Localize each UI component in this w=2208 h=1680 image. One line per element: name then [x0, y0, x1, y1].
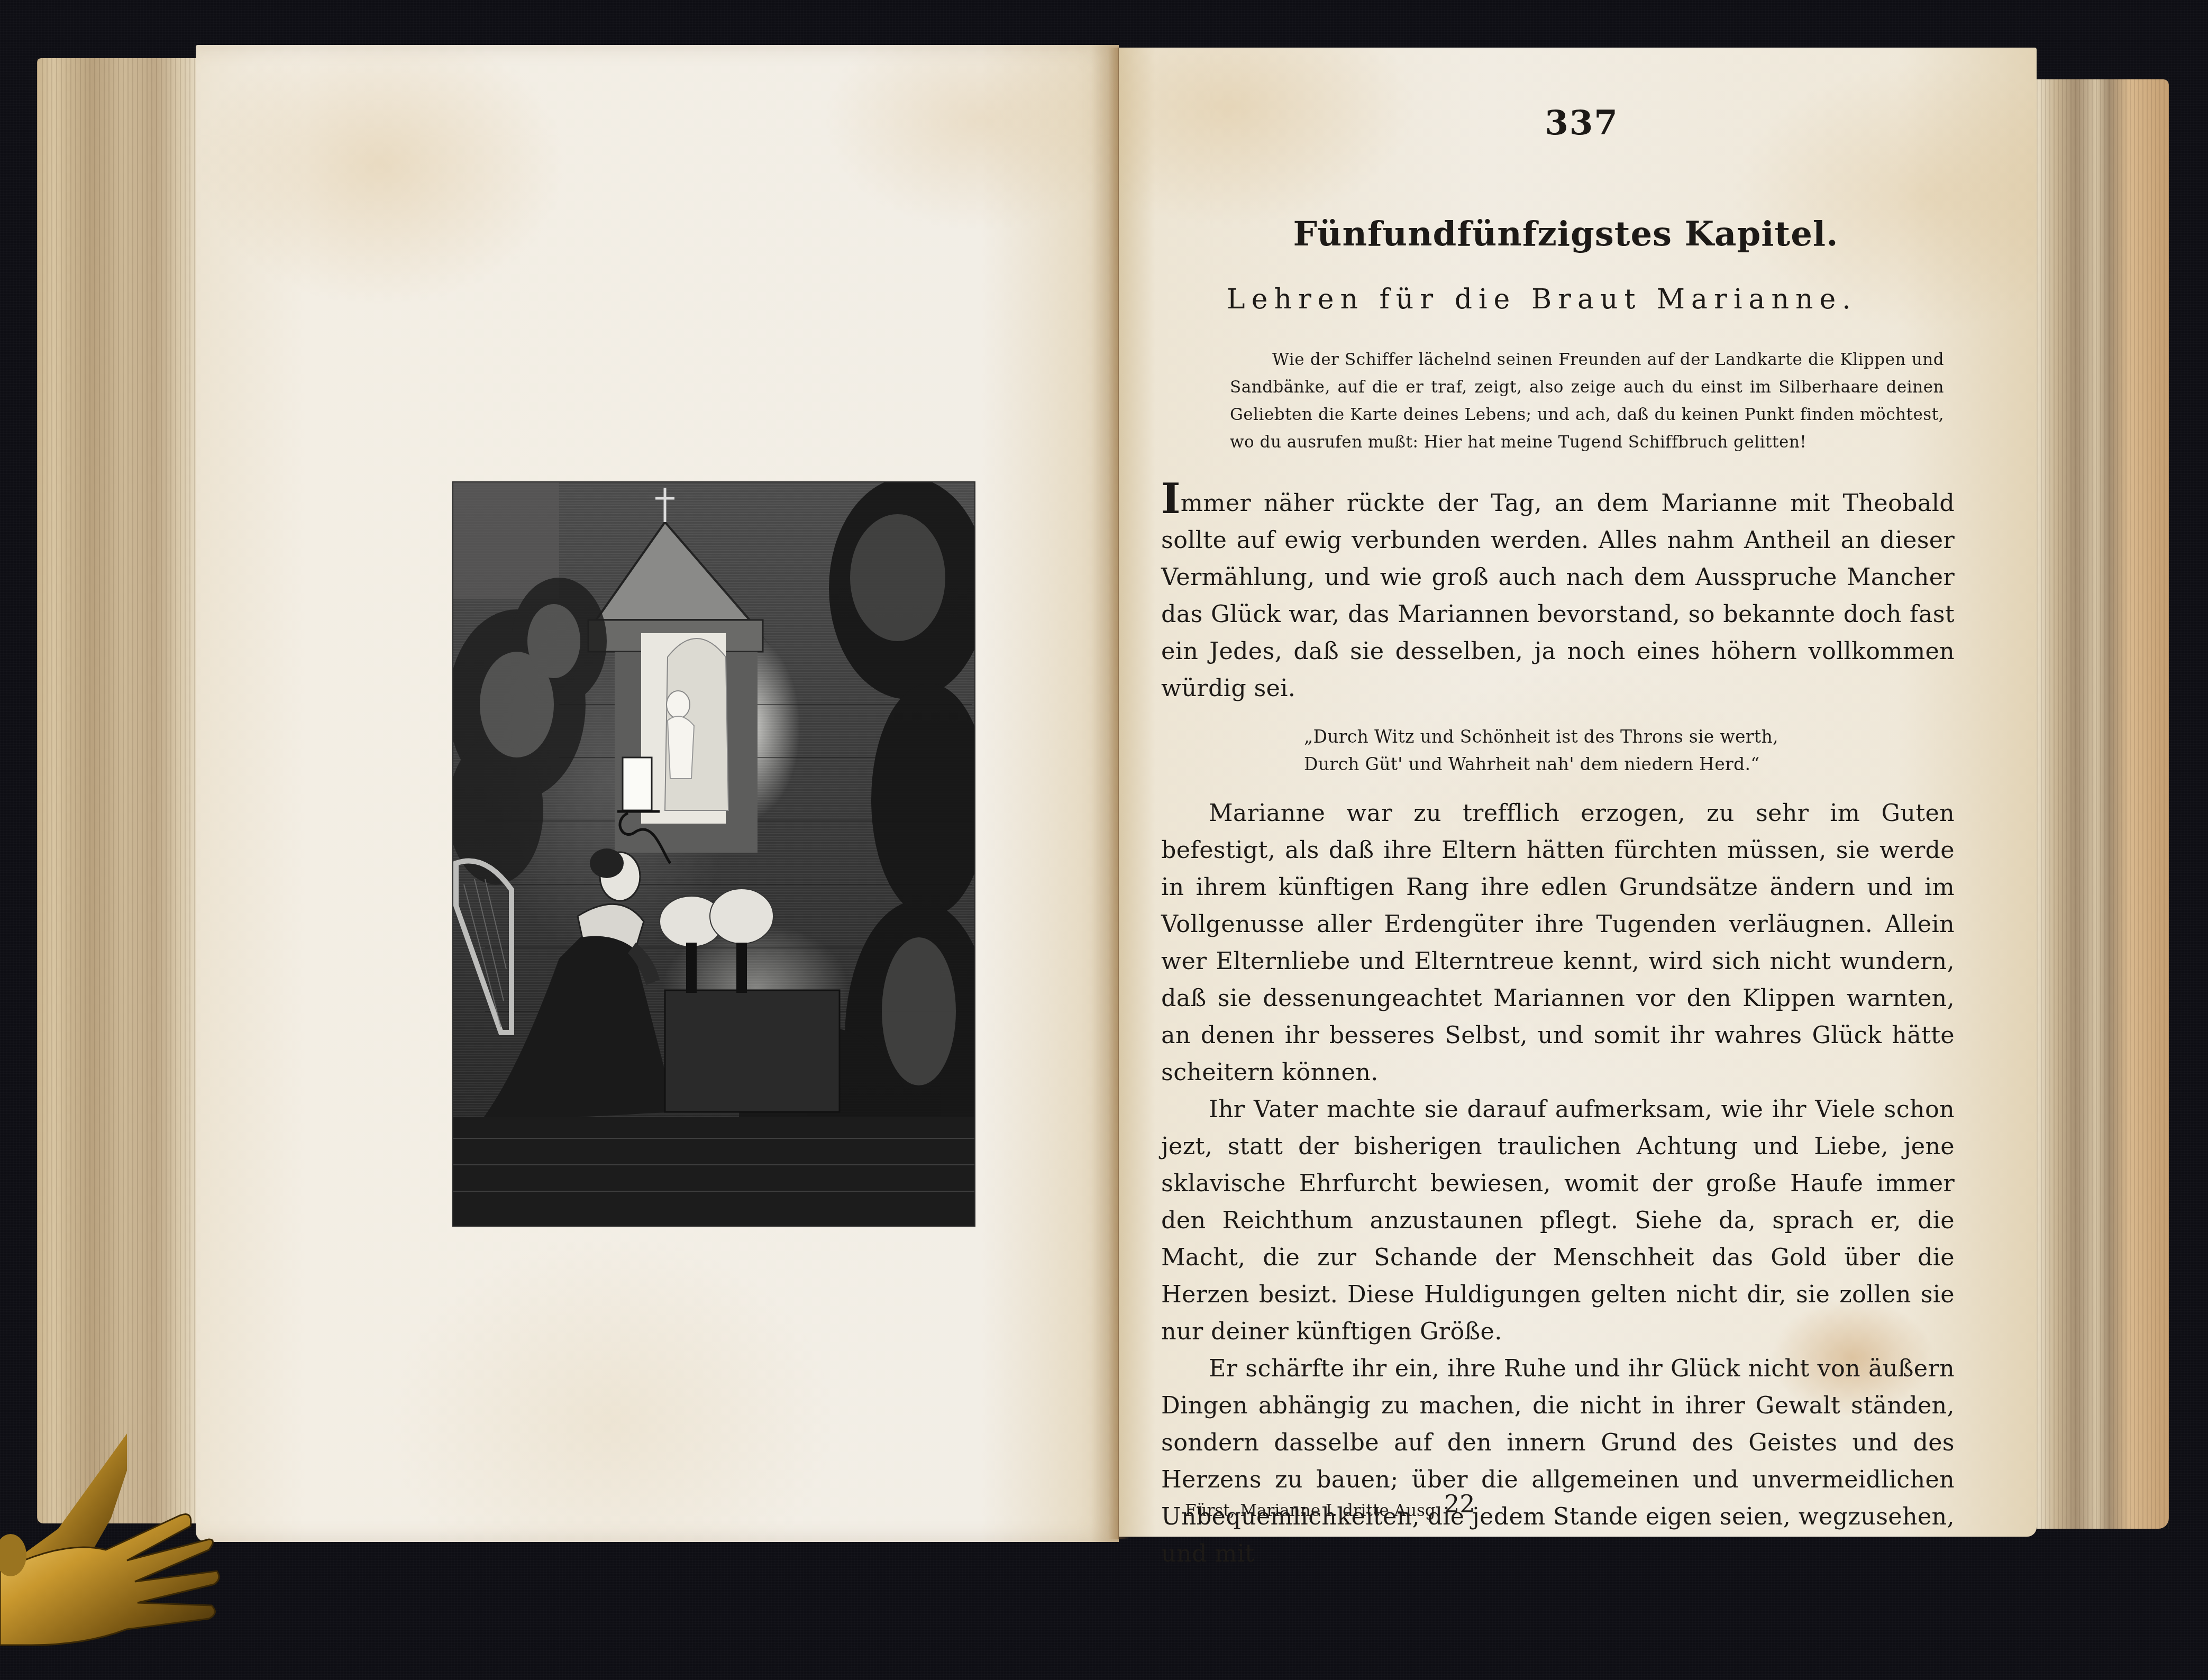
paragraph-2: Marianne war zu trefflich erzogen, zu se… — [1161, 795, 1955, 1091]
signature-number: 22 — [1444, 1490, 1475, 1518]
paragraph-3: Ihr Vater machte sie darauf aufmerksam, … — [1161, 1091, 1955, 1350]
left-page-block-edge — [37, 58, 196, 1523]
verse-line-1: „Durch Witz und Schönheit ist des Throns… — [1304, 723, 1955, 751]
paragraph-1-text: mmer näher rückte der Tag, an dem Marian… — [1161, 490, 1955, 702]
right-page-text: 337 Fünfundfünfzigstes Kapitel. Lehren f… — [1161, 103, 1955, 1573]
body-text: Immer näher rückte der Tag, an dem Maria… — [1161, 483, 1955, 1573]
paragraph-4: Er schärfte ihr ein, ihre Ruhe und ihr G… — [1161, 1350, 1955, 1573]
printer-signature: Fürst, Marianne I. dritte Ausg. — [1185, 1501, 1441, 1520]
chapter-subtitle: Lehren für die Braut Marianne. — [1129, 284, 1955, 315]
paragraph-1: Immer näher rückte der Tag, an dem Maria… — [1161, 483, 1955, 707]
chapter-title: Fünfundfünfzigstes Kapitel. — [1177, 214, 1955, 254]
page-footer: Fürst, Marianne I. dritte Ausg. 22 — [1161, 1492, 1955, 1523]
verse-line-2: Durch Güt' und Wahrheit nah' dem niedern… — [1304, 751, 1955, 778]
page-number: 337 — [1209, 103, 1955, 161]
shrine — [588, 488, 771, 853]
engraving-illustration — [452, 481, 975, 1227]
drop-initial: I — [1161, 475, 1181, 523]
right-page-block-edge — [2037, 79, 2169, 1529]
motto-text: Wie der Schiffer lächelnd seinen Freunde… — [1230, 346, 1944, 456]
verse-quote: „Durch Witz und Schönheit ist des Throns… — [1304, 723, 1955, 778]
brass-hand-page-weight-icon — [0, 1396, 275, 1680]
chapter-motto: Wie der Schiffer lächelnd seinen Freunde… — [1230, 346, 1944, 456]
